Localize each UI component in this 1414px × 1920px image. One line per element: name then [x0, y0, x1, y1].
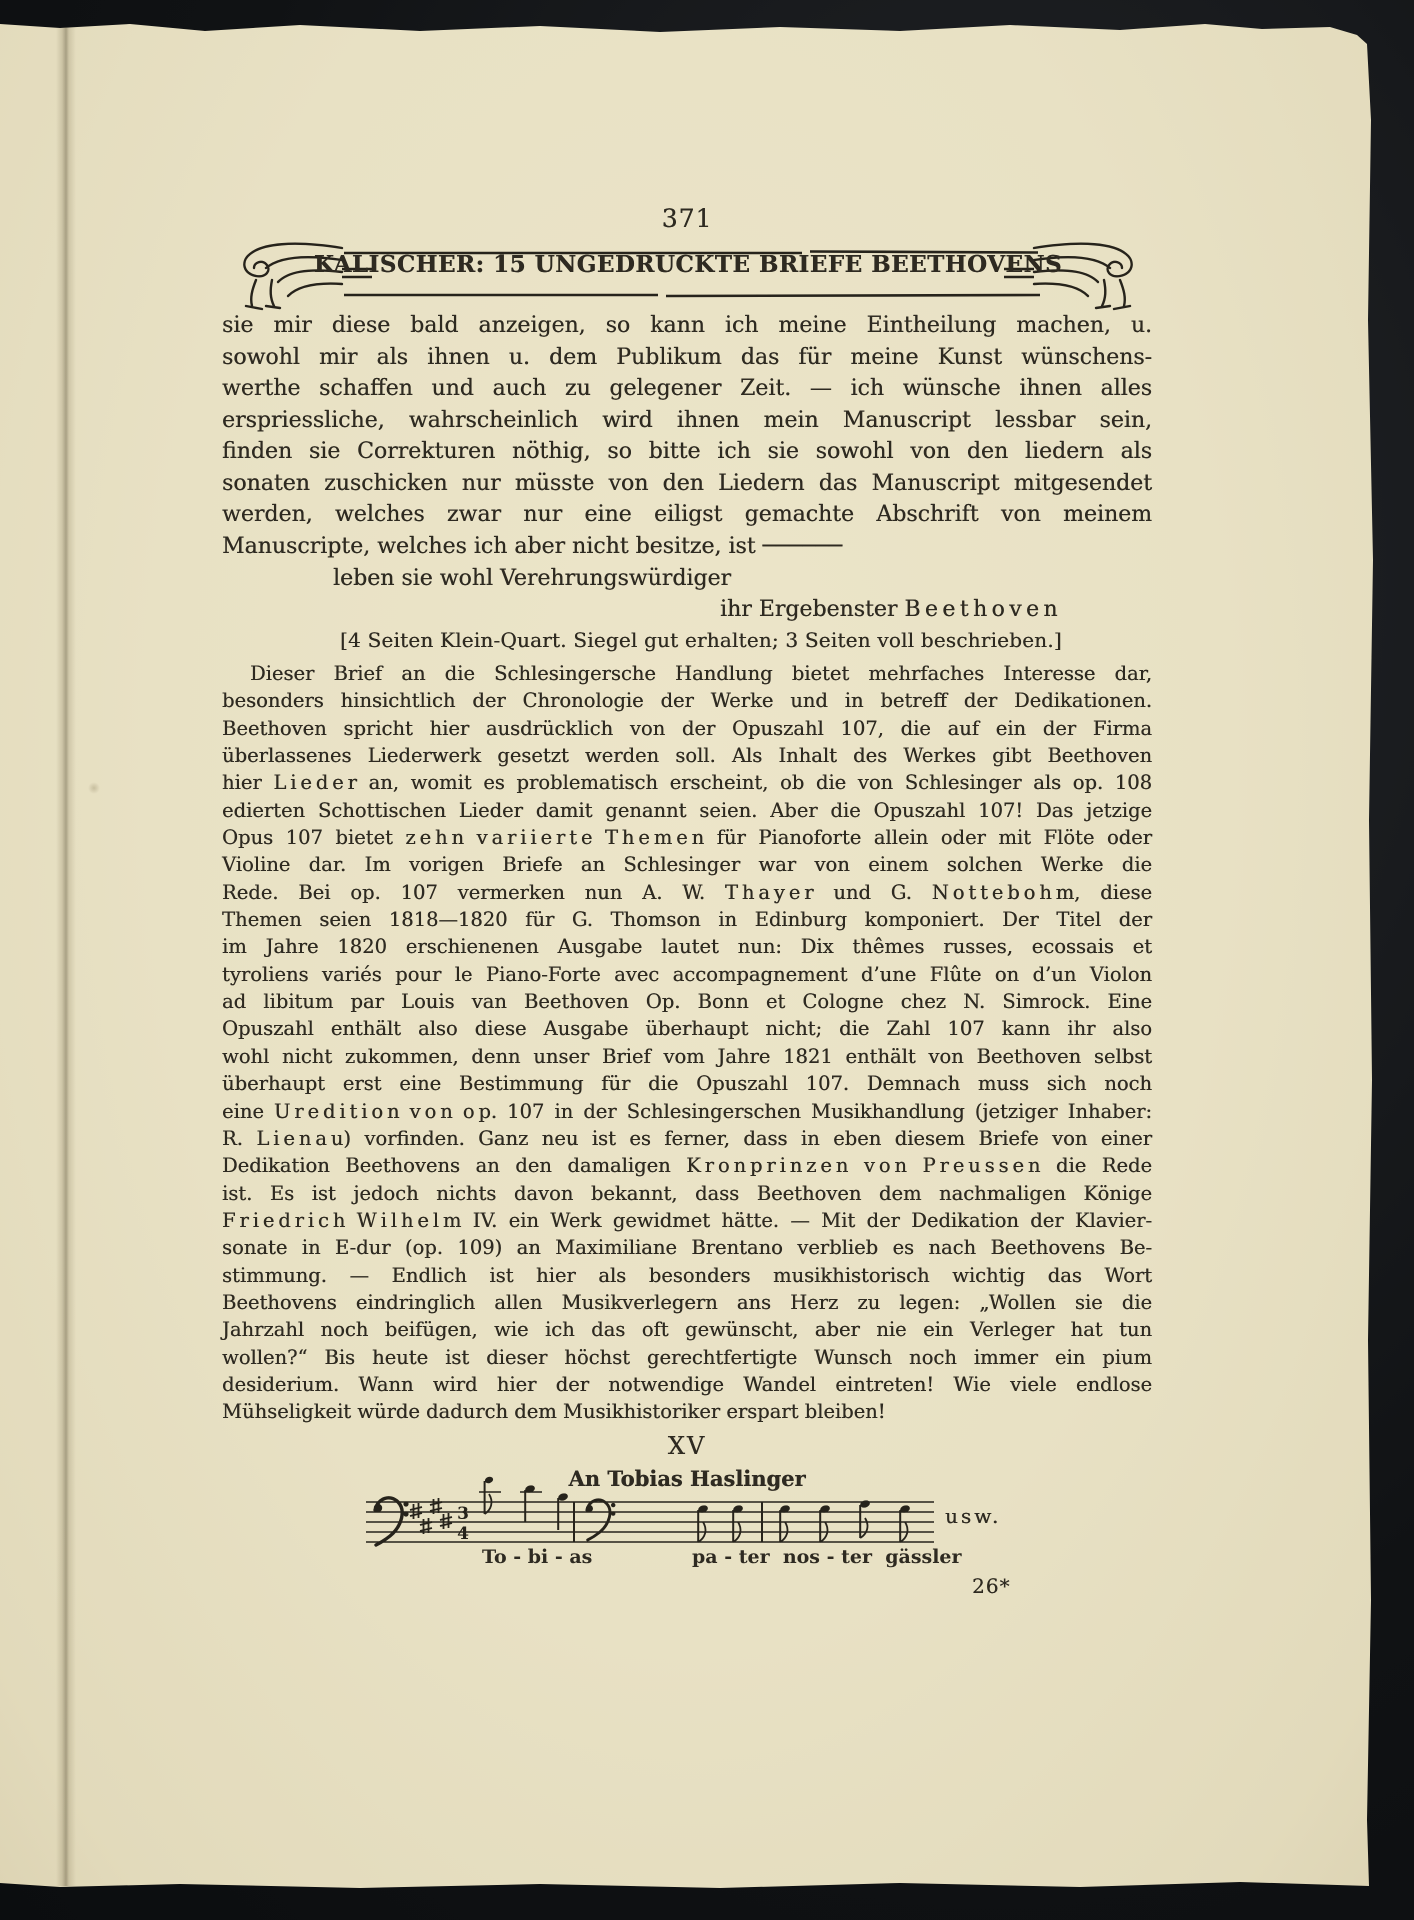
text-line: erspriessliche, wahrscheinlich wird ihne…: [222, 405, 1152, 437]
text-line: sie mir diese bald anzeigen, so kann ich…: [222, 310, 1152, 342]
lyrics-paternoster: pa - ter nos - ter gässler: [692, 1546, 962, 1568]
running-header-title: KALISCHER: 15 UNGEDRUCKTE BRIEFE BEETHOV…: [222, 251, 1154, 278]
letter-closing: leben sie wohl Verehrungswürdiger: [222, 566, 1152, 591]
key-signature-sharps: [410, 1498, 452, 1534]
text-line: tyroliens variés pour le Piano-Forte ave…: [222, 961, 1152, 988]
scanned-page: 371: [0, 0, 1414, 1920]
text-line: Jahrzahl noch beifügen, wie ich das oft …: [222, 1316, 1152, 1343]
text-line: eine U r e d i t i o n v o n o p. 107 in…: [222, 1098, 1152, 1125]
text-line: Themen seien 1818—1820 für G. Thomson in…: [222, 906, 1152, 933]
text-line: sonate in E-dur (op. 109) an Maximiliane…: [222, 1234, 1152, 1261]
paper-blemish: [88, 782, 100, 794]
text-line: Rede. Bei op. 107 vermerken nun A. W. T …: [222, 879, 1152, 906]
printer-signature-mark: 26*: [972, 1574, 1010, 1598]
letter-signature: ihr Ergebenster B e e t h o v e n: [222, 597, 1152, 622]
text-line: Mühseligkeit würde dadurch dem Musikhist…: [222, 1398, 1152, 1425]
music-notation: 3 4: [360, 1452, 1020, 1602]
bass-clef-icon: [586, 1500, 616, 1540]
text-line: desiderium. Wann wird hier der notwendig…: [222, 1371, 1152, 1398]
text-line: wohl nicht zukommen, denn unser Brief vo…: [222, 1043, 1152, 1070]
letter-paragraph: sie mir diese bald anzeigen, so kann ich…: [222, 310, 1152, 562]
text-line: wollen?“ Bis heute ist dieser höchst ger…: [222, 1344, 1152, 1371]
text-line: R. L i e n a u) vorfinden. Ganz neu ist …: [222, 1125, 1152, 1152]
svg-text:3: 3: [457, 1504, 469, 1524]
svg-text:4: 4: [457, 1524, 469, 1544]
text-line: hier L i e d e r an, womit es problemati…: [222, 769, 1152, 796]
text-line: überlassenes Liederwerk gesetzt werden s…: [222, 742, 1152, 769]
text-line: Manuscripte, welches ich aber nicht besi…: [222, 531, 1152, 563]
text-line: Beethovens eindringlich allen Musikverle…: [222, 1289, 1152, 1316]
time-signature: 3 4: [457, 1504, 469, 1544]
text-line: ad libitum par Louis van Beethoven Op. B…: [222, 988, 1152, 1015]
notes-pater: [697, 1504, 744, 1542]
text-line: Violine dar. Im vorigen Briefe an Schles…: [222, 851, 1152, 878]
text-line: Dedikation Beethovens an den damaligen K…: [222, 1152, 1152, 1179]
text-line: edierten Schottischen Lieder damit genan…: [222, 797, 1152, 824]
text-line: F r i e d r i c h W i l h e l m IV. ein …: [222, 1207, 1152, 1234]
lyrics-tobias: To - bi - as: [482, 1546, 592, 1568]
text-line: Opus 107 bietet z e h n v a r i i e r t …: [222, 824, 1152, 851]
text-line: Dieser Brief an die Schlesingersche Hand…: [222, 660, 1152, 687]
paper-sheet: 371: [0, 0, 1378, 1892]
staff-lines: [366, 1502, 934, 1542]
text-line: stimmung. — Endlich ist hier als besonde…: [222, 1262, 1152, 1289]
text-line: sowohl mir als ihnen u. dem Publikum das…: [222, 342, 1152, 374]
music-continuation-label: usw.: [945, 1504, 1001, 1528]
text-line: Opuszahl enthält also diese Ausgabe über…: [222, 1015, 1152, 1042]
text-line: besonders hinsichtlich der Chronologie d…: [222, 687, 1152, 714]
text-line: finden sie Correkturen nöthig, so bitte …: [222, 436, 1152, 468]
archival-note: [4 Seiten Klein-Quart. Siegel gut erhalt…: [222, 628, 1152, 652]
notes-nostergaessler: [779, 1499, 911, 1542]
text-line: Beethoven spricht hier ausdrücklich von …: [222, 715, 1152, 742]
page-number: 371: [222, 204, 1152, 233]
commentary-paragraph: Dieser Brief an die Schlesingersche Hand…: [222, 660, 1152, 1426]
text-line: überhaupt erst eine Bestimmung für die O…: [222, 1070, 1152, 1097]
text-line: ist. Es ist jedoch nichts davon bekannt,…: [222, 1180, 1152, 1207]
page-fold-crease: [56, 24, 76, 1886]
text-line: im Jahre 1820 erschienenen Ausgabe laute…: [222, 933, 1152, 960]
text-line: sonaten zuschicken nur müsste von den Li…: [222, 468, 1152, 500]
text-line: werden, welches zwar nur eine eiligst ge…: [222, 499, 1152, 531]
text-line: werthe schaffen und auch zu gelegener Ze…: [222, 373, 1152, 405]
